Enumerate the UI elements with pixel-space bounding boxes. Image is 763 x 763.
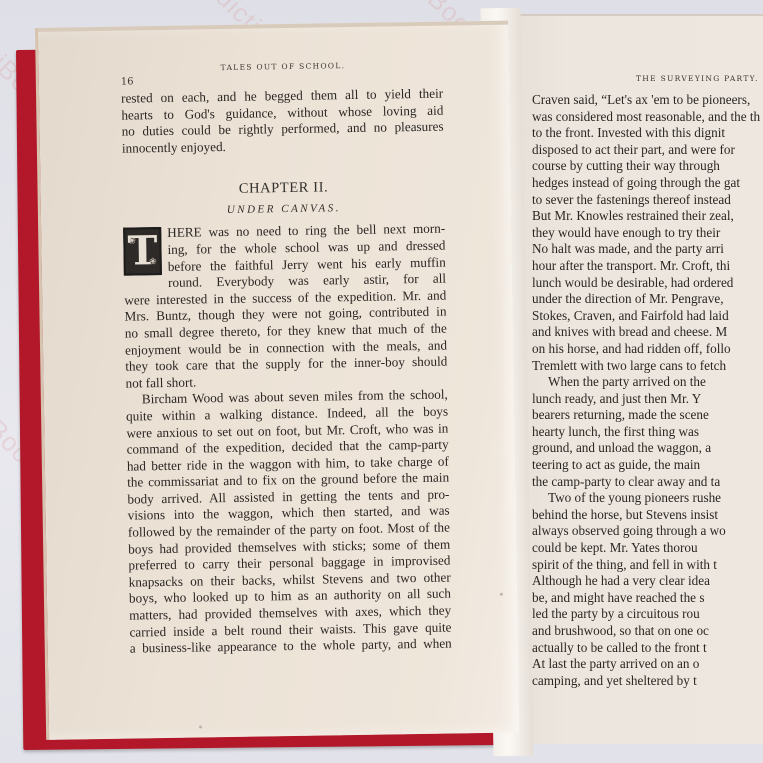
text-line: behind the horse, but Stevens insist	[532, 507, 763, 524]
text-line: Tremlett with two large cans to fetch	[532, 358, 763, 375]
drop-cap-ornament: T	[123, 227, 162, 276]
text-line: actually to be called to the front t	[532, 640, 763, 657]
right-page: THE SURVEYING PARTY. Craven said, “Let's…	[516, 14, 763, 744]
text-line: Although he had a very clear idea	[532, 573, 763, 590]
text-line: When the party arrived on the	[532, 374, 763, 391]
text-line: teering to act as guide, the main	[532, 457, 763, 474]
text-line: Two of the young pioneers rushe	[532, 490, 763, 507]
text-line: Craven said, “Let's ax 'em to be pioneer…	[532, 92, 763, 109]
right-page-text: Craven said, “Let's ax 'em to be pioneer…	[532, 92, 763, 689]
paper-speck	[500, 593, 503, 596]
text-line: hour after the transport. Mr. Croft, thi	[532, 258, 763, 275]
text-line: led the party by a circuitous rou	[532, 606, 763, 623]
text-line: course by cutting their way through	[532, 158, 763, 175]
text-line: spirit of the thing, and fell in with t	[532, 557, 763, 574]
text-line: to the front. Invested with this dignit	[532, 125, 763, 142]
drop-cap-letter: T	[127, 231, 157, 271]
opening-paragraph: T HERE was no need to ring the bell next…	[123, 221, 446, 292]
paper-speck	[199, 725, 202, 728]
text-line: they would have enough to try their	[532, 225, 763, 242]
text-line: bearers returning, made the scene	[532, 407, 763, 424]
text-line: under the direction of Mr. Pengrave,	[532, 291, 763, 308]
text-line: could be kept. Mr. Yates thorou	[532, 540, 763, 557]
text-line: always observed going through a wo	[532, 523, 763, 540]
text-line: to sever the fastenings thereof instead	[532, 192, 763, 209]
text-line: and knives with bread and cheese. M	[532, 324, 763, 341]
chapter-subtitle: UNDER CANVAS.	[123, 201, 445, 218]
text-line: hedges instead of going through the gat	[532, 175, 763, 192]
left-page-text: rested on each, and he begged them all t…	[121, 86, 452, 658]
text-line: lunch ready, and just then Mr. Y	[532, 391, 763, 408]
chapter-title: CHAPTER II.	[122, 178, 444, 200]
text-line: on his horse, and had ridden off, follo	[532, 341, 763, 358]
text-line: No halt was made, and the party arri	[532, 241, 763, 258]
text-line: disposed to act their part, and were for	[532, 142, 763, 159]
text-line: and brushwood, so that on one oc	[532, 623, 763, 640]
text-line: At last the party arrived on an o	[532, 656, 763, 673]
text-line: lunch would be desirable, had ordered	[532, 275, 763, 292]
text-line: camping, and yet sheltered by t	[532, 673, 763, 690]
running-head-right: THE SURVEYING PARTY.	[636, 74, 759, 83]
continued-paragraph: rested on each, and he begged them all t…	[121, 86, 444, 157]
text-line: be, and might have reached the s	[532, 590, 763, 607]
left-page: 16 TALES OUT OF SCHOOL. rested on each, …	[35, 21, 519, 740]
text-line: But Mr. Knowles restrained their zeal,	[532, 208, 763, 225]
page-number: 16	[121, 76, 134, 87]
text-line: ground, and unload the waggon, a	[532, 440, 763, 457]
text-line: was considered most reasonable, and the …	[532, 109, 763, 126]
running-head-left: TALES OUT OF SCHOOL.	[221, 61, 346, 72]
text-line: hearty lunch, the first thing was	[532, 424, 763, 441]
text-line: Stokes, Craven, and Fairfold had laid	[532, 308, 763, 325]
text-line: the camp-party to clear away and ta	[532, 474, 763, 491]
